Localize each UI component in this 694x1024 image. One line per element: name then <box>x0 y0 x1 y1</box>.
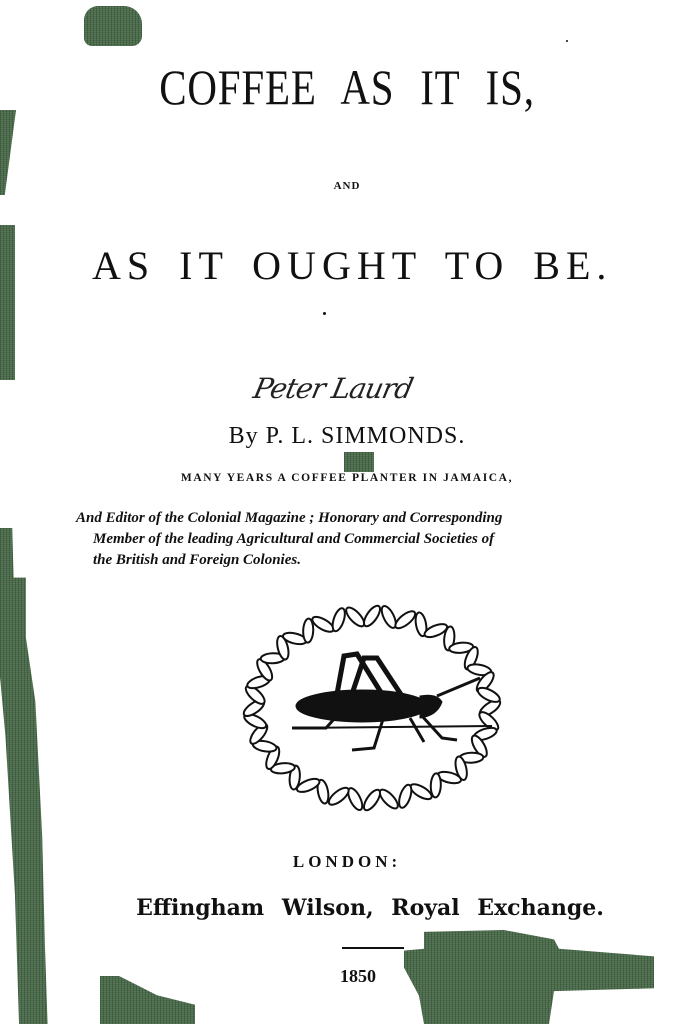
byline-prefix: By <box>229 423 259 449</box>
scan-artifact <box>0 225 15 380</box>
byline: By P. L. SIMMONDS. <box>0 423 694 450</box>
handwritten-signature: Peter Laurd <box>250 372 415 405</box>
ornament-dot <box>323 312 326 315</box>
credentials-line: And Editor of the Colonial Magazine ; Ho… <box>76 508 676 529</box>
author-credentials: And Editor of the Colonial Magazine ; Ho… <box>76 508 676 571</box>
credentials-line: Member of the leading Agricultural and C… <box>76 529 676 550</box>
title-conjunction: AND <box>0 180 694 192</box>
grasshopper-wreath-emblem <box>232 598 512 818</box>
publication-year: 1850 <box>340 966 376 987</box>
title-line-1: COFFEE AS IT IS, <box>62 58 631 116</box>
author-name: P. L. SIMMONDS. <box>266 423 466 449</box>
scan-artifact <box>100 976 195 1024</box>
scan-artifact <box>344 452 374 472</box>
imprint-city: LONDON: <box>0 852 694 872</box>
author-description: MANY YEARS A COFFEE PLANTER IN JAMAICA, <box>0 472 694 484</box>
ornament-dot <box>566 40 568 42</box>
scan-artifact <box>84 6 142 46</box>
scan-artifact <box>404 930 654 1024</box>
credentials-line: the British and Foreign Colonies. <box>76 550 676 571</box>
scan-artifact <box>0 528 68 1024</box>
publisher: Effingham Wilson, Royal Exchange. <box>90 895 650 921</box>
grasshopper-icon <box>292 654 492 750</box>
divider-rule <box>342 947 404 949</box>
title-line-2: AS IT OUGHT TO BE. <box>92 242 672 289</box>
